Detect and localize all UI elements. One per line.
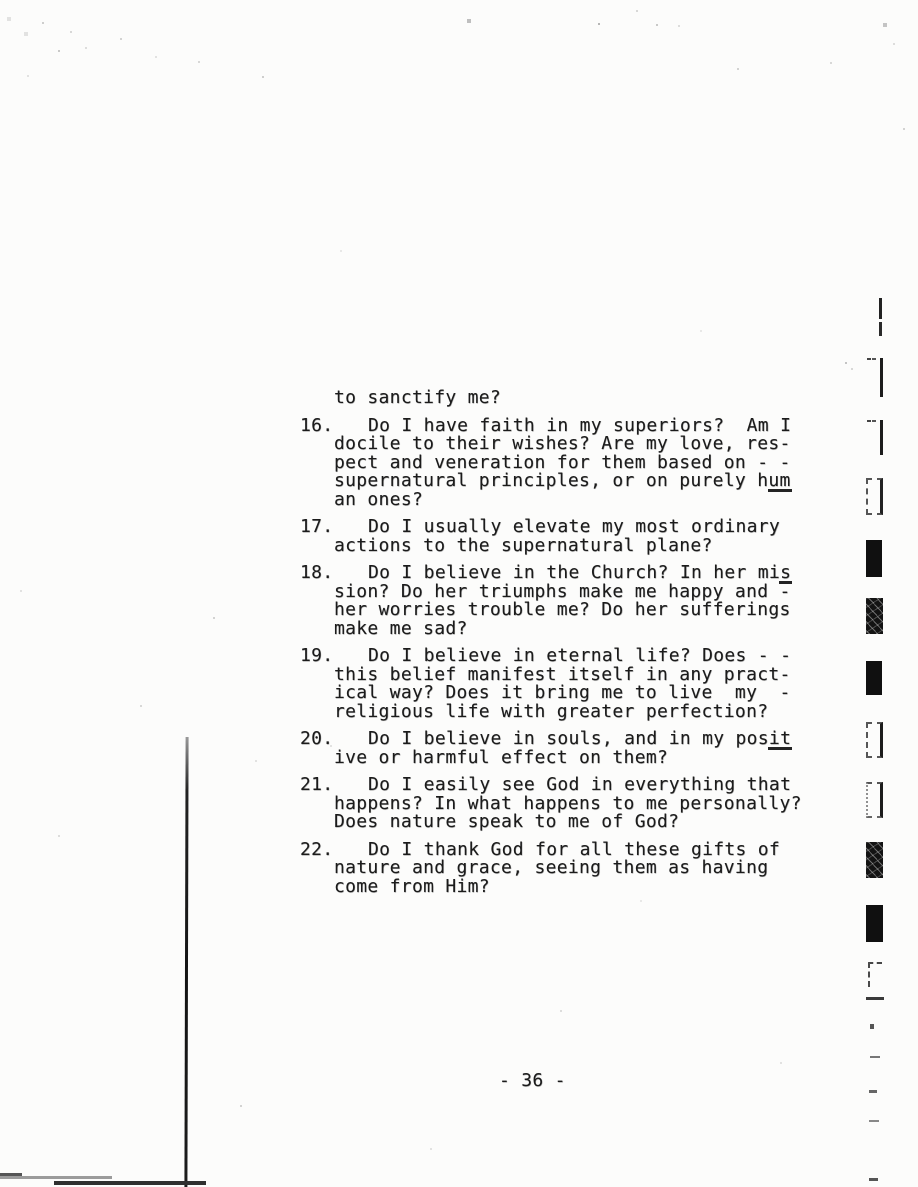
question-item-20: 20. Do I believe in souls, and in my pos… <box>300 730 840 767</box>
underline-artifact <box>779 581 792 584</box>
bottom-edge-line-gray <box>0 1176 112 1179</box>
binding-mark <box>869 1178 878 1181</box>
binding-mark <box>879 298 882 336</box>
question-item-19: 19. Do I believe in eternal life? Does -… <box>300 647 840 721</box>
underline-artifact <box>768 747 792 750</box>
scanned-document-page: to sanctify me? 16. Do I have faith in m… <box>0 0 918 1187</box>
underline-artifact <box>768 489 792 492</box>
question-number: 20. <box>300 730 333 749</box>
question-text: Do I thank God for all these gifts of na… <box>334 841 840 897</box>
document-text-block: to sanctify me? 16. Do I have faith in m… <box>300 389 840 896</box>
bottom-edge-line-dark <box>54 1181 206 1185</box>
binding-mark <box>870 1056 880 1058</box>
binding-mark <box>866 358 883 397</box>
question-text: Do I have faith in my superiors? Am I do… <box>334 417 840 510</box>
scan-noise-speckles <box>0 0 2 2</box>
question-item-21: 21. Do I easily see God in everything th… <box>300 776 840 832</box>
binding-mark <box>866 905 883 942</box>
binding-mark <box>866 997 884 1000</box>
question-text: Do I believe in souls, and in my posit i… <box>334 730 840 767</box>
binding-mark <box>866 420 883 455</box>
binding-mark <box>866 782 883 818</box>
question-number: 18. <box>300 564 333 583</box>
binding-mark <box>866 722 883 758</box>
binding-mark <box>866 842 883 878</box>
binding-mark <box>866 598 883 634</box>
page-number: - 36 - <box>499 1072 566 1091</box>
binding-mark <box>870 1024 874 1029</box>
question-number: 19. <box>300 647 333 666</box>
question-number: 16. <box>300 417 333 436</box>
question-number: 17. <box>300 518 333 537</box>
question-text: Do I believe in eternal life? Does - - t… <box>334 647 840 721</box>
question-text: Do I easily see God in everything that h… <box>334 776 840 832</box>
binding-mark <box>869 1120 879 1122</box>
binding-mark <box>869 1090 877 1093</box>
question-item-16: 16. Do I have faith in my superiors? Am … <box>300 417 840 510</box>
left-margin-rule <box>184 737 188 1187</box>
question-item-22: 22. Do I thank God for all these gifts o… <box>300 841 840 897</box>
binding-mark <box>866 478 883 515</box>
carryover-line: to sanctify me? <box>300 389 840 408</box>
binding-mark <box>868 962 882 987</box>
question-item-18: 18. Do I believe in the Church? In her m… <box>300 564 840 638</box>
question-text: Do I usually elevate my most ordinary ac… <box>334 518 840 555</box>
question-text: Do I believe in the Church? In her mis s… <box>334 564 840 638</box>
binding-mark <box>866 540 882 577</box>
question-number: 21. <box>300 776 333 795</box>
question-item-17: 17. Do I usually elevate my most ordinar… <box>300 518 840 555</box>
binding-mark <box>866 661 882 695</box>
question-number: 22. <box>300 841 333 860</box>
